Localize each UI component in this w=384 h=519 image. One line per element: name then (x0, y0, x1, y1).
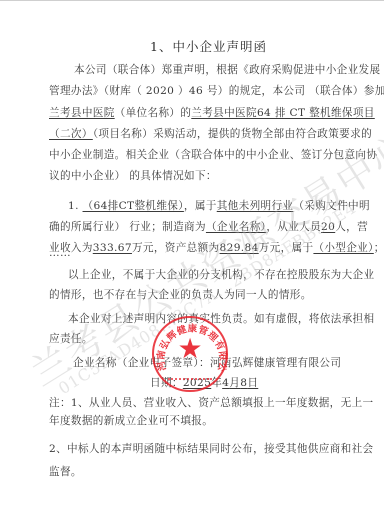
item1-line1: 1. （64排CT整机维保），属于其他未列明行业（采购文件中明 (68, 199, 370, 213)
text: 确的所属行业） 行业；制造商为 (49, 221, 206, 233)
text: （单位名称）的 (115, 107, 192, 119)
revenue: 333.67 (93, 242, 132, 254)
paragraph1-line4: （二次）（项目名称）采购活动，提供的货物全部由符合政策要求的 (49, 127, 372, 141)
paragraph1-line5: 中小企业制造。相关企业（含联合体中的中小企业、签订分包意向协 (49, 148, 377, 162)
project-name: 兰考县中医院64 排 CT 整机维保项目 (191, 107, 374, 119)
note2-line2: 监督。 (49, 465, 82, 479)
text: （采购文件中明 (293, 200, 370, 212)
text: （项目名称）采购活动，提供的货物全部由符合政策要求的 (93, 128, 372, 140)
paragraph1-line2: 管理办法》（财库（ 2020 ）46 号）的规定，本公司 （联合体）参加 (49, 84, 384, 98)
note1-line1: 注：1、从业人员、营业收入、资产总额填报上一年度数据，无上一 (49, 396, 373, 410)
document-title: 1、中小企业声明函 (150, 40, 267, 54)
text: ； (374, 242, 384, 254)
text: ，属于 (184, 200, 217, 212)
unit-name: 兰考县中医院 (49, 107, 115, 119)
manufacturer: （企业名称） (206, 221, 266, 233)
seal-bottom-code (168, 378, 212, 383)
enterprise-type: （小型企业） (313, 242, 373, 254)
text: 人，营 (335, 221, 368, 233)
paragraph1-line6: 议的中小企业） 的具体情况如下： (49, 169, 217, 183)
industry: 其他未列明行业 (217, 200, 294, 212)
assets: 829.84 (220, 242, 259, 254)
item-number: 1. (68, 200, 79, 212)
paragraph3-line2: 应责任。 (49, 332, 93, 346)
note1-line2: 年度数据的新成立企业可不填报。 (49, 414, 213, 428)
employees: 20 (321, 221, 335, 233)
company-seal: 河南弘辉健康管理有限公司 ★ (152, 316, 228, 392)
text: 万元，属于 (259, 242, 314, 254)
item1-line2: 确的所属行业） 行业；制造商为（企业名称），从业人员20人，营 (49, 220, 368, 234)
note2-line1: 2、中标人的本声明函随中标结果同时公布，接受其他供应商和社会 (49, 442, 373, 456)
text: 日 (247, 377, 258, 389)
text: 万元，资产总额为 (132, 242, 220, 254)
text: ，从业人员 (266, 221, 321, 233)
star-icon: ★ (176, 335, 204, 363)
project-name-cont: （二次） (49, 128, 93, 140)
item1-line3: 业收入为333.67万元，资产总额为829.84万元，属于（小型企业）； (49, 241, 384, 255)
paragraph1-line1: 本公司（联合体）郑重声明，根据《政府采购促进中小企业发展 (74, 63, 380, 77)
goods-name: （64排CT整机维保） (83, 200, 184, 212)
text: 月 (229, 377, 240, 389)
document-page: 1、中小企业声明函 本公司（联合体）郑重声明，根据《政府采购促进中小企业发展 管… (0, 0, 384, 519)
paragraph2-line2: 的情形，也不存在与大企业的负责人为同一人的情形。 (49, 288, 312, 302)
paragraph1-line3: 兰考县中医院（单位名称）的兰考县中医院64 排 CT 整机维保项目 (49, 106, 375, 120)
paragraph2-line1: 以上企业，不属于大企业的分支机构，不存在控股股东为大企业 (68, 268, 374, 282)
ellipsis-final: …… (49, 246, 71, 260)
